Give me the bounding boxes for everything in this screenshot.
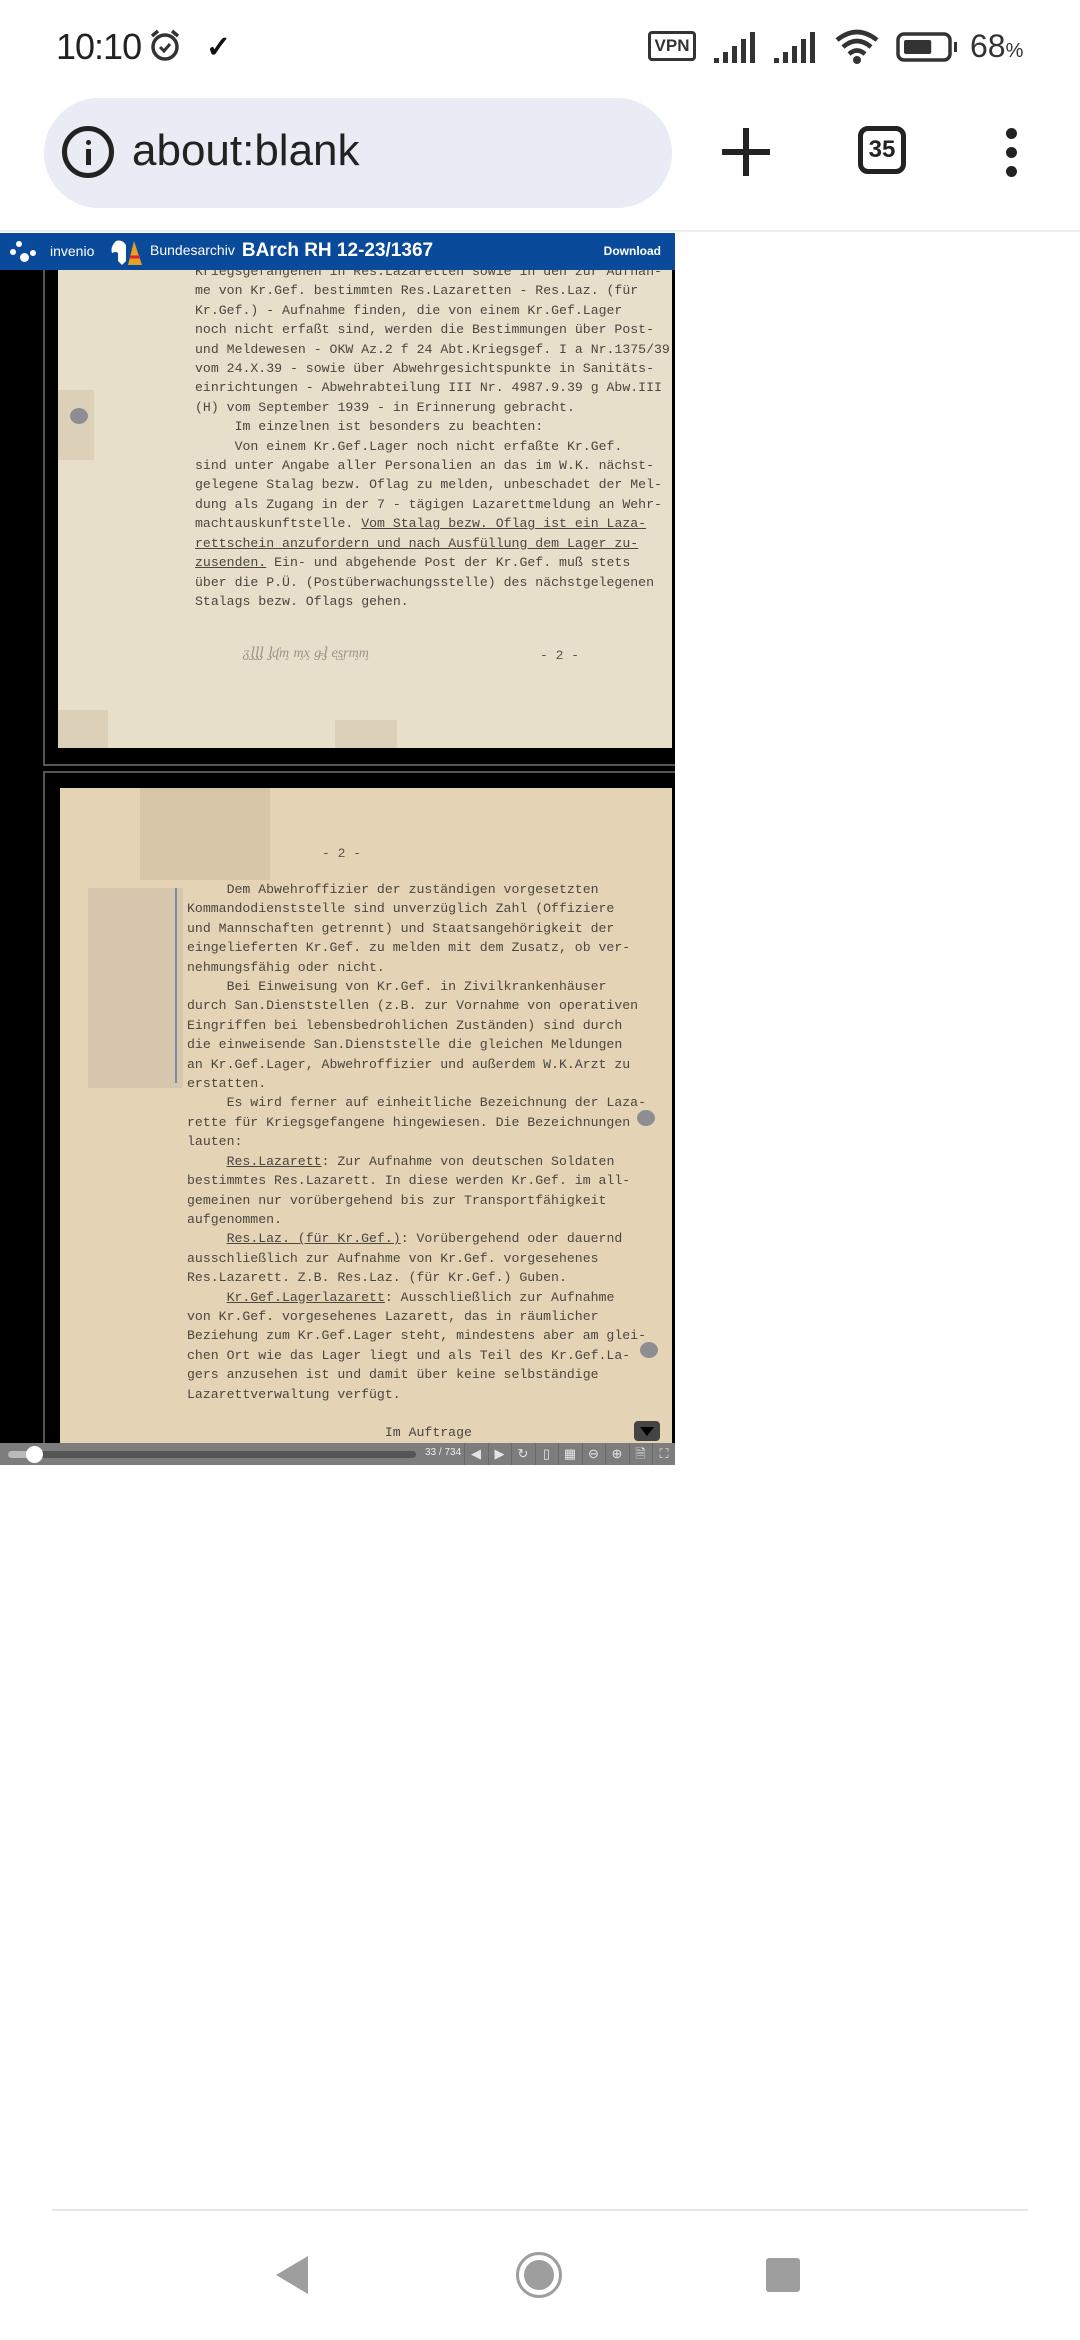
zoom-out-button[interactable]: ⊖ [582, 1443, 605, 1465]
info-icon[interactable] [62, 126, 114, 178]
wifi-icon [834, 28, 880, 66]
page-slider-thumb[interactable] [26, 1446, 43, 1463]
next-page-button[interactable]: ▶ [488, 1443, 511, 1465]
back-icon[interactable] [276, 2256, 308, 2294]
rotate-button[interactable]: ↻ [511, 1443, 534, 1465]
home-icon[interactable] [516, 2252, 562, 2298]
handwritten-note: ᵹᶅᶅᶅ ᶅᶑᶆ ᶆᶍ ᶃᶅ ᶒᶊᶉᶆᶆ [243, 645, 369, 662]
page-1-number: - 2 - [540, 648, 579, 663]
fullscreen-button[interactable]: ⛶ [652, 1443, 675, 1465]
check-icon: ✓ [206, 30, 231, 65]
toolbar-divider [0, 230, 1080, 232]
document-page-1[interactable]: Kriegsgefangenen in Res.Lazaretten sowie… [58, 270, 672, 748]
download-button[interactable]: Download [604, 244, 661, 258]
document-viewer[interactable]: Kriegsgefangenen in Res.Lazaretten sowie… [0, 233, 675, 1465]
more-menu-icon[interactable] [1006, 128, 1020, 178]
page-indicator: 33 / 734 [425, 1447, 461, 1458]
page-1-text: Kriegsgefangenen in Res.Lazaretten sowie… [195, 270, 670, 611]
signal-icon [712, 30, 762, 64]
browser-toolbar: about:blank 35 [0, 98, 1080, 230]
page-slider[interactable] [8, 1451, 416, 1458]
page-2-text: Dem Abwehroffizier der zuständigen vorge… [187, 880, 646, 1443]
nav-divider [52, 2209, 1028, 2211]
battery-icon [896, 32, 958, 62]
zoom-in-button[interactable]: ⊕ [605, 1443, 628, 1465]
single-page-view-button[interactable]: ▯ [535, 1443, 558, 1465]
tab-switcher-button[interactable]: 35 [858, 126, 906, 174]
document-title: BArch RH 12-23/1367 [0, 240, 675, 262]
recents-icon[interactable] [766, 2258, 800, 2292]
grid-view-button[interactable]: ▦ [558, 1443, 581, 1465]
vpn-icon: VPN [648, 31, 696, 61]
collapse-toolbar-button[interactable] [634, 1421, 660, 1441]
page-2-number: - 2 - [322, 846, 361, 861]
document-page-2[interactable]: - 2 - Dem Abwehroffizier der zuständigen… [60, 788, 672, 1465]
viewer-toolbar: 33 / 734 ◀▶↻▯▦⊖⊕🗎⛶ [0, 1443, 675, 1465]
viewer-header: invenio Bundesarchiv BArch RH 12-23/1367… [0, 233, 675, 270]
battery-percent: 68% [970, 28, 1023, 65]
status-time: 10:10 [56, 26, 141, 68]
url-text[interactable]: about:blank [132, 126, 360, 176]
previous-page-button[interactable]: ◀ [464, 1443, 487, 1465]
address-bar[interactable]: about:blank [44, 98, 672, 208]
alarm-icon [148, 28, 182, 62]
new-tab-icon[interactable] [718, 124, 774, 180]
page-info-button[interactable]: 🗎 [629, 1443, 652, 1465]
signal-icon [772, 30, 822, 64]
status-bar: 10:10 ✓ VPN 68% [0, 0, 1080, 95]
